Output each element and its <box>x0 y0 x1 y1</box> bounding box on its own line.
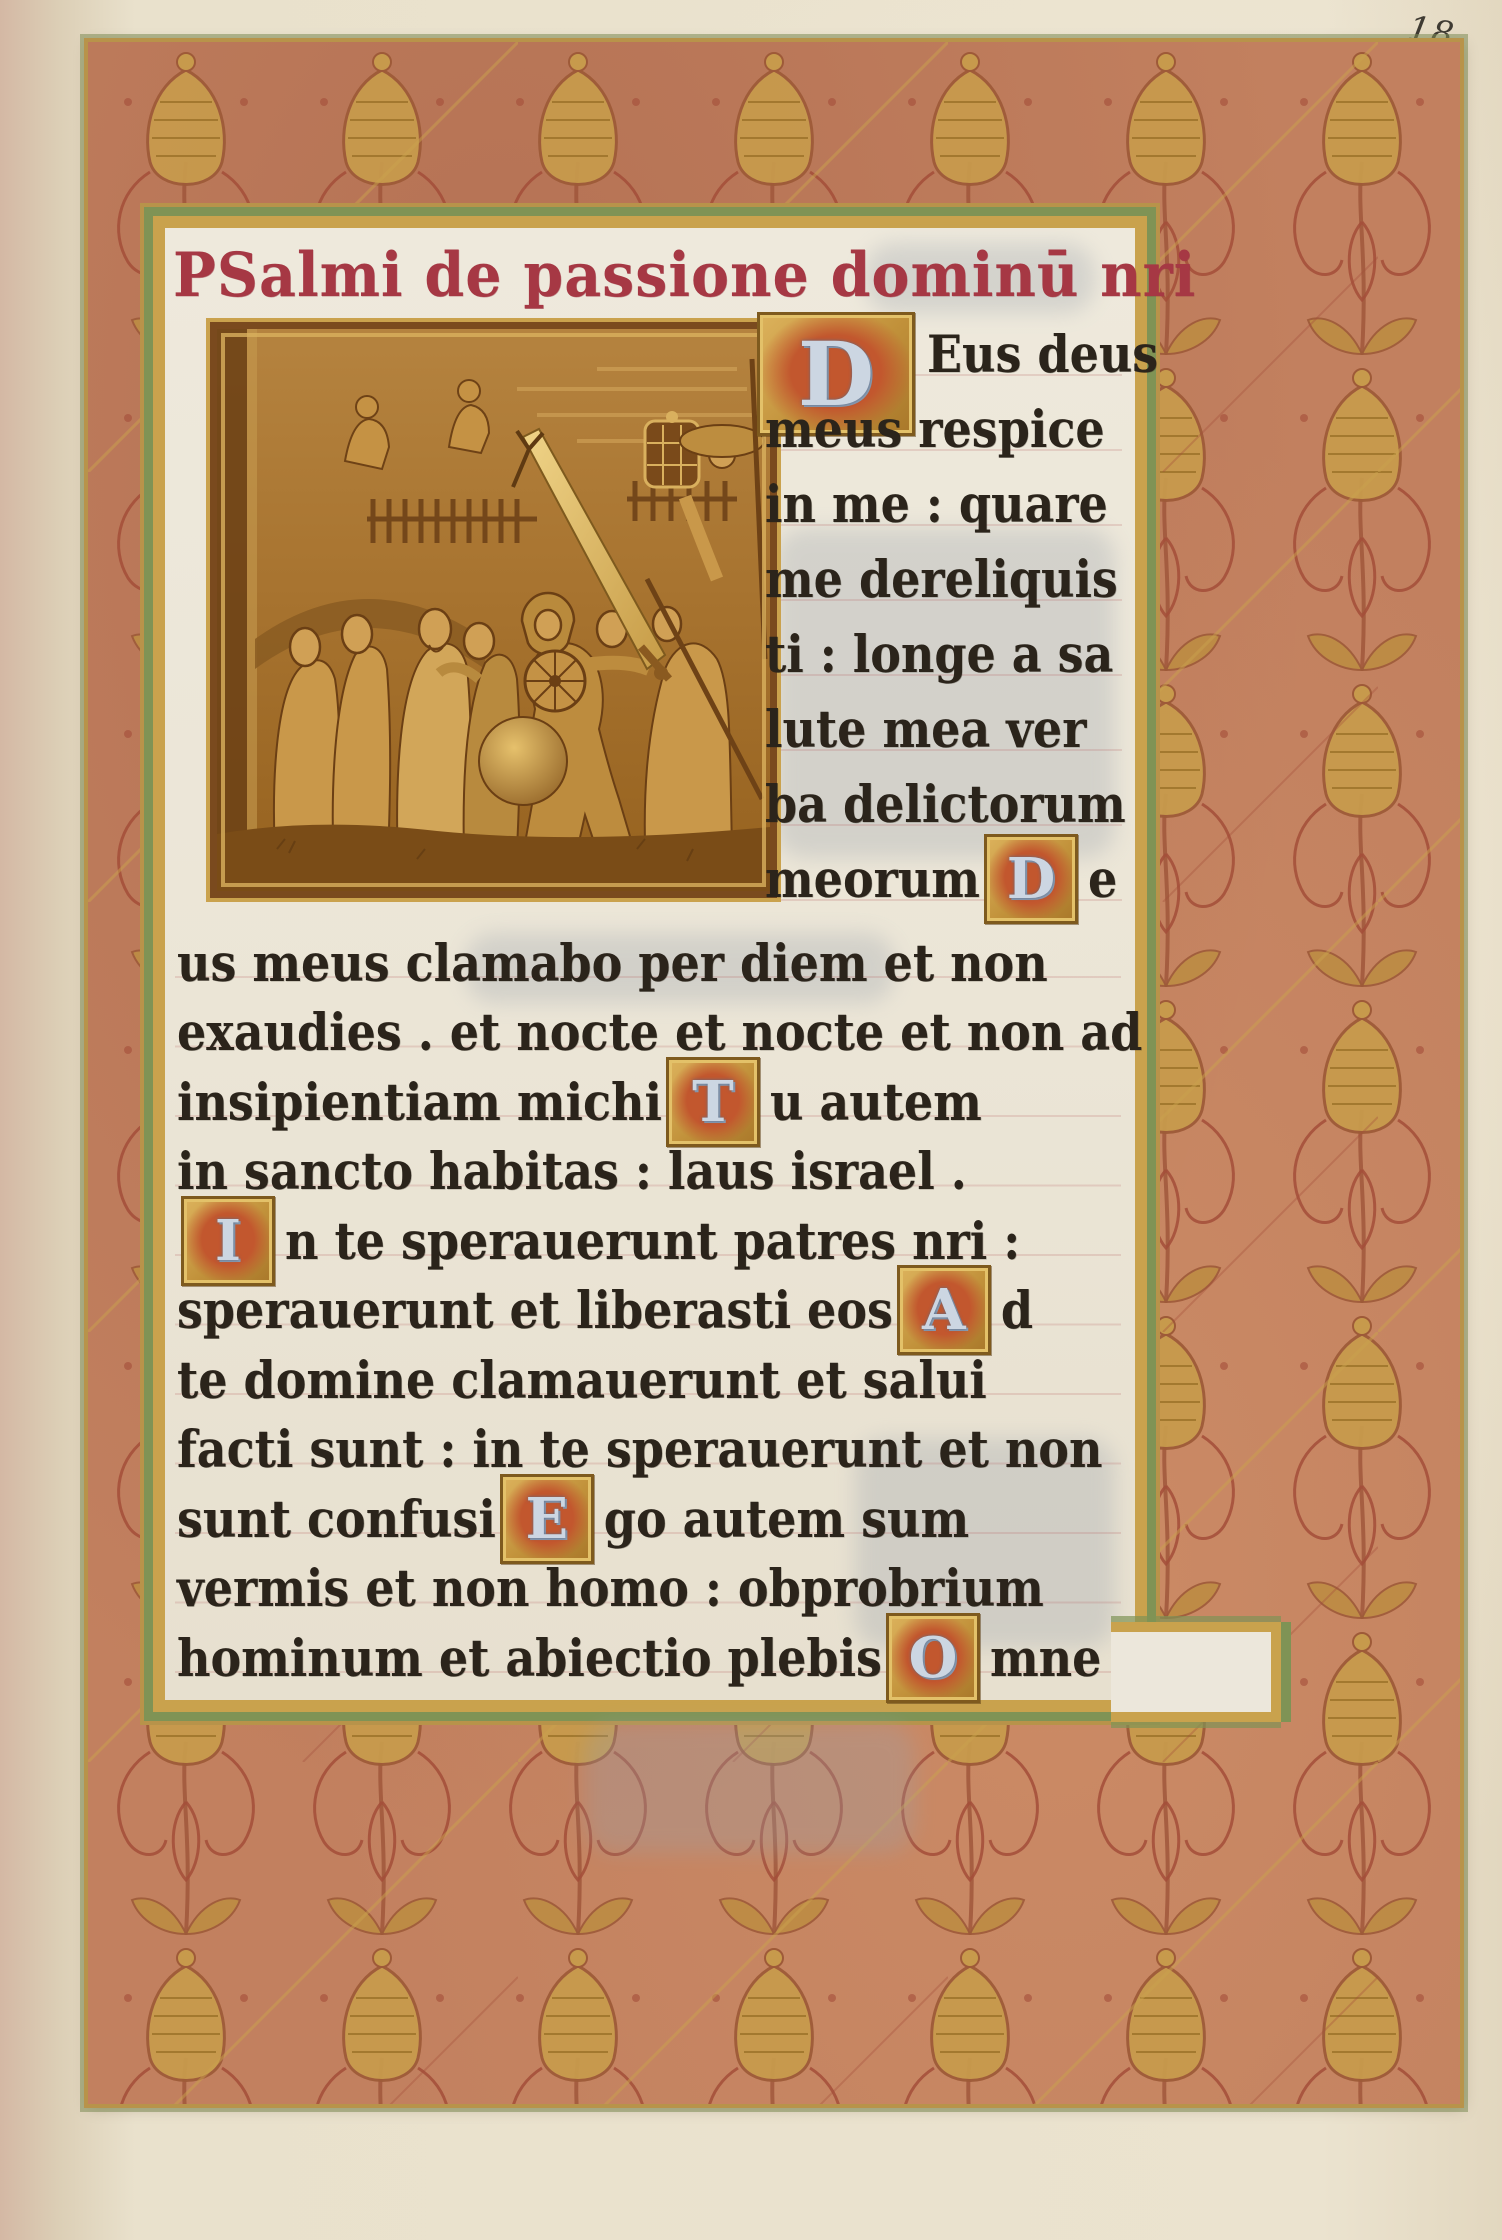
line-text: Eus deus <box>927 323 1158 383</box>
line-text: exaudies . et nocte et nocte et non ad <box>177 1002 1142 1062</box>
text-line: lute mea ver <box>765 691 1135 766</box>
round-shield <box>525 651 585 711</box>
ink-smudge <box>585 1723 915 1853</box>
miniature-scene <box>217 329 770 891</box>
line-text: hominum et abiectio plebis <box>177 1628 882 1688</box>
line-text: ti : longe a sa <box>765 623 1113 683</box>
line-text: insipientiam michi <box>177 1072 662 1132</box>
line-text: in me : quare <box>765 473 1108 533</box>
line-text: ba delictorum <box>765 773 1126 833</box>
illuminated-initial-a: A <box>897 1265 991 1355</box>
line-text: meorum <box>765 848 980 908</box>
text-line: te domine clamauerunt et salui <box>177 1345 1129 1415</box>
stepout-frame-box <box>1111 1622 1281 1722</box>
line-text: facti sunt : in te sperauerunt et non <box>177 1419 1102 1479</box>
text-line: ba delictorum <box>765 766 1135 841</box>
text-line: hominum et abiectio plebis O mne <box>177 1623 1129 1693</box>
initial-letter: O <box>909 1625 958 1691</box>
text-line: exaudies . et nocte et nocte et non ad <box>177 998 1129 1068</box>
illuminated-initial-t: T <box>666 1057 760 1147</box>
initial-letter: D <box>1007 846 1056 912</box>
text-line: Eus deus <box>765 316 1135 391</box>
line-text: us meus clamabo per diem et non <box>177 933 1048 993</box>
illuminated-initial-o: O <box>886 1613 980 1703</box>
initial-letter: A <box>922 1277 965 1343</box>
line-text: lute mea ver <box>765 698 1086 758</box>
text-line: in me : quare <box>765 466 1135 541</box>
manuscript-page-photo: 18 <box>0 0 1502 2240</box>
psalm-text-column: Eus deus meus respice in me : quare me d… <box>765 316 1135 916</box>
line-text: d <box>1001 1280 1033 1340</box>
line-text: go autem sum <box>604 1489 969 1549</box>
line-text: mne <box>990 1628 1101 1688</box>
illuminated-initial-e: E <box>500 1474 594 1564</box>
line-text: meus respice <box>765 398 1105 458</box>
line-text: sunt confusi <box>177 1489 496 1549</box>
text-line: meorum D e <box>765 841 1135 916</box>
text-line: ti : longe a sa <box>765 616 1135 691</box>
line-text: sperauerunt et liberasti eos <box>177 1280 893 1340</box>
text-line: meus respice <box>765 391 1135 466</box>
text-line: vermis et non homo : obprobrium <box>177 1554 1129 1624</box>
text-panel: PSalmi de passione dominū nri <box>165 228 1135 1700</box>
initial-letter: T <box>692 1069 734 1135</box>
sallet-helmet <box>479 717 567 805</box>
line-text: u autem <box>770 1072 982 1132</box>
text-line: I n te sperauerunt patres nri : <box>177 1206 1129 1276</box>
text-line: us meus clamabo per diem et non <box>177 928 1129 998</box>
psalm-full-lines: us meus clamabo per diem et non exaudies… <box>177 928 1129 1693</box>
text-line: me dereliquis <box>765 541 1135 616</box>
text-line: sperauerunt et liberasti eos A d <box>177 1276 1129 1346</box>
initial-letter: I <box>215 1208 241 1274</box>
text-line: sunt confusi E go autem sum <box>177 1484 1129 1554</box>
line-text: me dereliquis <box>765 548 1118 608</box>
text-line: facti sunt : in te sperauerunt et non <box>177 1415 1129 1485</box>
illuminated-initial-d: D <box>984 834 1078 924</box>
initial-letter: E <box>525 1486 568 1552</box>
line-text: in sancto habitas : laus israel . <box>177 1141 967 1201</box>
rubric-title: PSalmi de passione dominū nri <box>173 240 1196 311</box>
line-text: vermis et non homo : obprobrium <box>177 1558 1044 1618</box>
betrayal-of-christ-miniature <box>210 322 777 898</box>
line-text: te domine clamauerunt et salui <box>177 1350 987 1410</box>
text-line: in sancto habitas : laus israel . <box>177 1137 1129 1207</box>
illuminated-initial-i: I <box>181 1196 275 1286</box>
line-text: n te sperauerunt patres nri : <box>285 1211 1020 1271</box>
text-line: insipientiam michi T u autem <box>177 1067 1129 1137</box>
line-text: e <box>1088 848 1117 908</box>
